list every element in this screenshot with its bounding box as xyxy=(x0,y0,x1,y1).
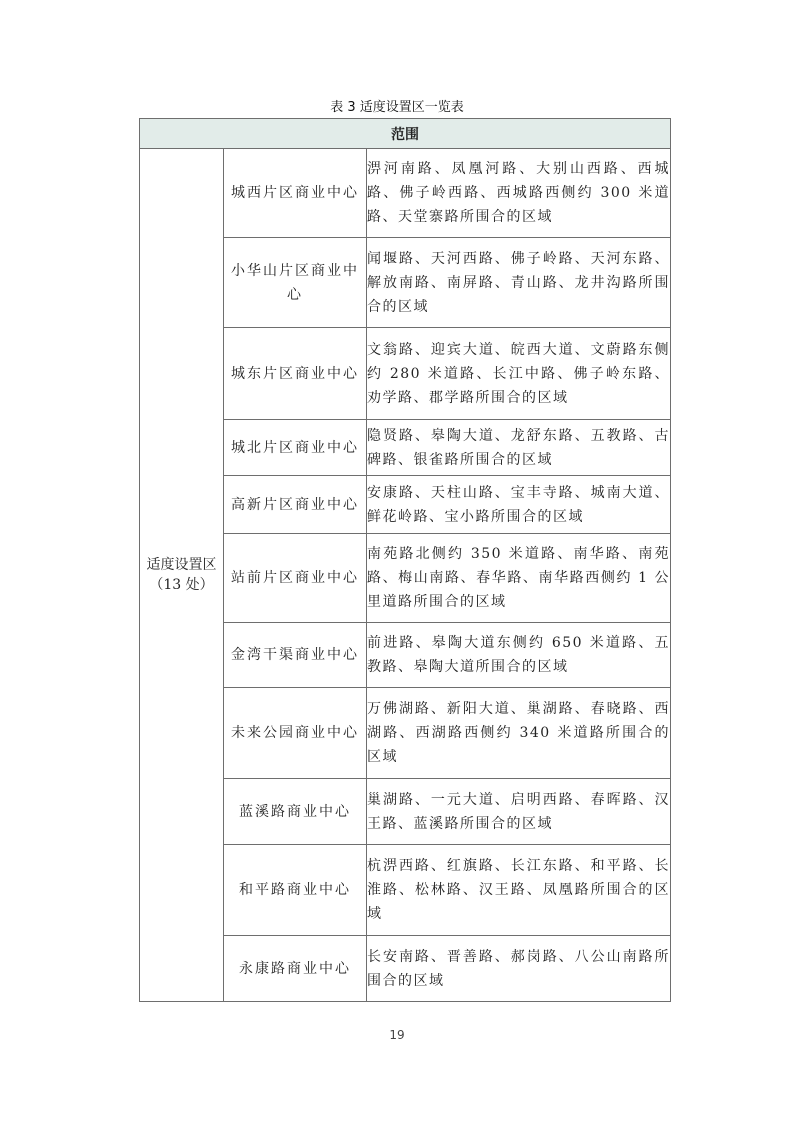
zone-range: 隐贤路、皋陶大道、龙舒东路、五教路、古碑路、银雀路所围合的区域 xyxy=(367,420,671,476)
zone-name: 和平路商业中心 xyxy=(224,845,367,936)
zone-range: 安康路、天柱山路、宝丰寺路、城南大道、鲜花岭路、宝小路所围合的区域 xyxy=(367,476,671,534)
page-number: 19 xyxy=(0,1028,794,1042)
zone-name: 城西片区商业中心 xyxy=(224,149,367,238)
header-range: 范围 xyxy=(140,119,671,149)
zone-name: 未来公园商业中心 xyxy=(224,688,367,779)
header-row: 范围 xyxy=(140,119,671,149)
zone-range: 巢湖路、一元大道、启明西路、春晖路、汉王路、蓝溪路所围合的区域 xyxy=(367,779,671,845)
category-cell: 适度设置区 （13 处） xyxy=(140,149,224,1002)
zone-name: 城北片区商业中心 xyxy=(224,420,367,476)
zone-range: 前进路、皋陶大道东侧约 650 米道路、五教路、皋陶大道所围合的区域 xyxy=(367,623,671,688)
zone-range: 杭淠西路、红旗路、长江东路、和平路、长淮路、松林路、汉王路、凤凰路所围合的区域 xyxy=(367,845,671,936)
zone-name: 金湾干渠商业中心 xyxy=(224,623,367,688)
zone-range: 南苑路北侧约 350 米道路、南华路、南苑路、梅山南路、春华路、南华路西侧约 1… xyxy=(367,534,671,623)
zone-name: 城东片区商业中心 xyxy=(224,328,367,420)
zone-name: 永康路商业中心 xyxy=(224,936,367,1002)
zone-name: 站前片区商业中心 xyxy=(224,534,367,623)
category-count: （13 处） xyxy=(140,575,223,595)
zone-name: 蓝溪路商业中心 xyxy=(224,779,367,845)
zone-range: 闻堰路、天河西路、佛子岭路、天河东路、解放南路、南屏路、青山路、龙井沟路所围合的… xyxy=(367,238,671,328)
zone-range: 文翁路、迎宾大道、皖西大道、文蔚路东侧约 280 米道路、长江中路、佛子岭东路、… xyxy=(367,328,671,420)
zone-range: 淠河南路、凤凰河路、大别山西路、西城路、佛子岭西路、西城路西侧约 300 米道路… xyxy=(367,149,671,238)
zone-name: 小华山片区商业中心 xyxy=(224,238,367,328)
zone-range: 长安南路、晋善路、郝岗路、八公山南路所围合的区域 xyxy=(367,936,671,1002)
table-row: 适度设置区 （13 处） 城西片区商业中心 淠河南路、凤凰河路、大别山西路、西城… xyxy=(140,149,671,238)
category-label: 适度设置区 xyxy=(140,555,223,575)
zone-table: 范围 适度设置区 （13 处） 城西片区商业中心 淠河南路、凤凰河路、大别山西路… xyxy=(139,118,671,1002)
table-caption: 表 3 适度设置区一览表 xyxy=(0,96,794,115)
zone-range: 万佛湖路、新阳大道、巢湖路、春晓路、西湖路、西湖路西侧约 340 米道路所围合的… xyxy=(367,688,671,779)
zone-name: 高新片区商业中心 xyxy=(224,476,367,534)
